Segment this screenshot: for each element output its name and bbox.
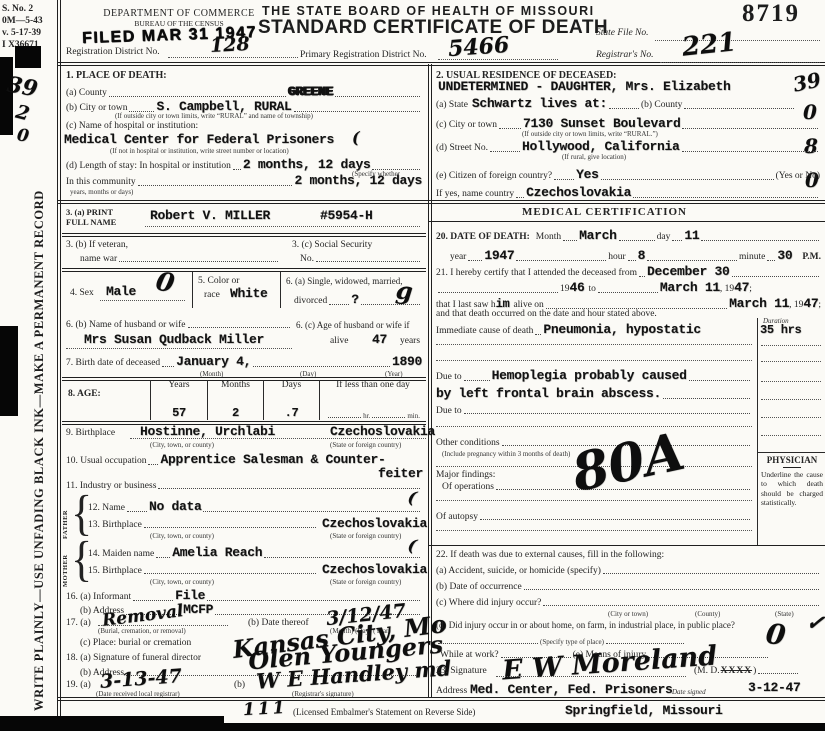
external-d-label: (d) Did injury occur in or about home, o…	[436, 620, 735, 630]
medical-rule	[428, 221, 825, 222]
race-label-2: race	[204, 290, 220, 300]
external-c-note1: (City or town)	[608, 610, 648, 618]
age-label: 8. AGE:	[68, 389, 101, 399]
embalmer-note: (Licensed Embalmer's Statement on Revers…	[293, 707, 475, 717]
attended-to-year: 47	[734, 280, 749, 295]
father-name-row: 12. Name No data	[88, 499, 422, 514]
section-rule	[428, 545, 825, 546]
year-prefix: 19	[560, 284, 570, 294]
residence-typed-line1: UNDETERMINED - DAUGHTER, Mrs. Elizabeth	[438, 79, 731, 94]
birthplace-line	[130, 438, 426, 439]
state-file-label: State File No.	[596, 28, 649, 38]
major-findings-label: Major findings:	[436, 470, 495, 480]
physician-signature-handwritten: E W Moreland	[501, 641, 718, 687]
footer-city: Springfield, Missouri	[565, 703, 723, 718]
informant-row: 16. (a) Informant File	[66, 588, 422, 603]
age-days-label: Days	[264, 380, 319, 390]
column-divider	[428, 64, 432, 698]
cause-value: Pneumonia, hypostatic	[543, 322, 701, 337]
father-group-label: FATHER	[62, 497, 69, 539]
work-label: While at work?	[440, 650, 499, 660]
cell-divider	[280, 272, 281, 308]
residence-typed-line2: Schwartz lives at:	[472, 96, 607, 111]
primary-district-line	[438, 59, 558, 60]
mother-brace: {	[71, 535, 92, 584]
birthplace-city: Hostinne, Urchlabi	[140, 424, 275, 439]
district-value: 128	[209, 33, 250, 57]
registrar-sig-note: (Registrar's signature)	[292, 690, 354, 698]
external-a-label: (a) Accident, suicide, or homicide (spec…	[436, 566, 601, 576]
death-certificate-scan: S. No. 2 0M—5-43 v. 5-17-39 I X36671 WRI…	[0, 0, 825, 731]
county-label2: (b) County	[641, 100, 682, 110]
certify-row1: 21. I hereby certify that I attended the…	[436, 264, 821, 279]
spouse-name-row: 6. (b) Name of husband or wife	[66, 320, 292, 330]
state-county-row: (a) State Schwartz lives at: (b) County	[436, 96, 796, 111]
country-label: If yes, name country	[436, 189, 514, 199]
street-value: Hollywood, California	[522, 139, 680, 154]
blank-line	[436, 360, 752, 361]
dod-minute-label: minute	[739, 252, 765, 262]
birthdate-year: 1890	[392, 354, 422, 369]
registrar-no-label: Registrar's No.	[596, 50, 653, 60]
scan-edge-bar	[0, 716, 224, 731]
citizen-row: (e) Citizen of foreign country? Yes (Yes…	[436, 167, 820, 182]
occupation-label: 10. Usual occupation	[66, 456, 146, 466]
county-label: (a) County	[66, 88, 107, 98]
dod-hour-value: 8	[638, 248, 646, 263]
prisoner-number: #5954-H	[320, 208, 373, 223]
occupation-row: 10. Usual occupation Apprentice Salesman…	[66, 452, 422, 467]
other-conditions-note: (Include pregnancy within 3 months of de…	[442, 450, 570, 458]
age-months-label: Months	[208, 380, 263, 390]
informant-address-value: MCFP	[183, 602, 213, 617]
certificate-title: STANDARD CERTIFICATE OF DEATH	[258, 17, 598, 39]
hospital-label: (c) Name of hospital or institution:	[66, 121, 198, 131]
age-years-value: 57	[151, 406, 207, 420]
age-days-cell: Days .7	[263, 380, 319, 420]
semicolon: ;	[749, 284, 752, 294]
physician-box: PHYSICIAN Underline the cause to which d…	[757, 452, 825, 545]
other-conditions-label: Other conditions	[436, 438, 500, 448]
spouse-age-value: 47	[372, 332, 387, 347]
county-value: GREENE	[288, 84, 333, 99]
external-heading: 22. If death was due to external causes,…	[436, 550, 664, 560]
to-label: to	[589, 284, 596, 294]
informant-label: 16. (a) Informant	[66, 592, 131, 602]
disposition-note: (Burial, cremation, or removal)	[98, 627, 186, 635]
spouse-name-value: Mrs Susan Qudback Miller	[84, 332, 264, 347]
margin-instruction-text: WRITE PLAINLY—USE UNFADING BLACK INK—MAK…	[32, 96, 47, 711]
spouse-name-label: 6. (b) Name of husband or wife	[66, 320, 186, 330]
veteran-row: name war	[80, 254, 280, 264]
residence-city-note: (If outside city or town limits, write “…	[522, 130, 658, 138]
md-suffix: (M. D. XXXX )	[694, 666, 800, 676]
dod-label: 20. DATE OF DEATH:	[436, 232, 530, 242]
dod-day-value: 11	[684, 228, 699, 243]
occupation-line1: Apprentice Salesman & Counter-	[160, 452, 385, 467]
form-number-block: S. No. 2 0M—5-43 v. 5-17-39 I X36671	[2, 3, 43, 51]
attended-to-date: March 11	[660, 280, 720, 295]
disposition-line	[98, 625, 228, 626]
section-rule	[62, 268, 426, 272]
father-bp-note1: (City, town, or county)	[150, 532, 214, 540]
margin-handwriting: 39	[791, 67, 823, 96]
citizen-label: (e) Citizen of foreign country?	[436, 171, 552, 181]
cause-label: Immediate cause of death	[436, 326, 533, 336]
veteran-label-1: 3. (b) If veteran,	[66, 240, 128, 250]
external-d-note: (Specify type of place)	[540, 638, 604, 646]
veteran-label-2: name war	[80, 254, 117, 264]
attended-from-date: December 30	[647, 264, 730, 279]
birthdate-label: 7. Birth date of deceased	[66, 358, 160, 368]
dod-month-value: March	[579, 228, 617, 243]
pen-mark: (	[352, 128, 360, 147]
sex-line	[100, 300, 185, 301]
external-c-row: (c) Where did injury occur?	[436, 598, 821, 608]
spouse-age-label-1: 6. (c) Age of husband or wife if	[296, 320, 409, 330]
redaction-bar	[0, 326, 18, 416]
residence-city-row: (c) City or town 7130 Sunset Boulevard	[436, 116, 820, 131]
age-months-value: 2	[208, 406, 263, 420]
race-value: White	[230, 286, 268, 301]
due-to-row2: by left frontal brain abscess.	[436, 386, 752, 401]
street-label: (d) Street No.	[436, 143, 488, 153]
marital-label-2: divorced	[294, 296, 327, 306]
stay-label: (d) Length of stay: In hospital or insti…	[66, 161, 231, 171]
footer-handwritten-111: 111	[243, 698, 288, 720]
mother-bp-value: Czechoslovakia	[322, 562, 427, 577]
external-c-label: (c) Where did injury occur?	[436, 598, 541, 608]
father-bp-label: 13. Birthplace	[88, 520, 142, 530]
community-note2: years, months or days)	[70, 188, 133, 196]
city-note: (If outside city or town limits, write “…	[115, 112, 313, 120]
place-heading: 1. PLACE OF DEATH:	[66, 70, 167, 81]
mother-bp-note2: (State or foreign country)	[330, 578, 401, 586]
disposition-place-label: (c) Place: burial or cremation	[80, 638, 191, 648]
autopsy-row: Of autopsy	[436, 512, 752, 522]
certify-row2: 19 46 to March 11 , 19 47 ;	[436, 280, 821, 295]
birthplace-label: 9. Birthplace	[66, 428, 115, 438]
country-row: If yes, name country Czechoslovakia	[436, 185, 820, 200]
scan-edge-bar	[224, 723, 825, 731]
md-label: (M. D.	[694, 666, 720, 676]
duration-blank-line	[761, 381, 821, 382]
district-label: Registration District No.	[66, 47, 160, 57]
residence-city-label: (c) City or town	[436, 120, 497, 130]
age-years-label: Years	[151, 380, 207, 390]
mother-name-label: 14. Maiden name	[88, 549, 154, 559]
race-label-1: 5. Color or	[198, 276, 239, 286]
form-left-border	[57, 0, 61, 718]
due-to-value1: Hemoplegia probably caused	[492, 368, 687, 383]
means-pen-mark: 0	[764, 617, 788, 652]
dod-row1: 20. DATE OF DEATH: Month March day 11	[436, 228, 821, 243]
father-bp-row: 13. Birthplace	[88, 520, 318, 530]
board-title: THE STATE BOARD OF HEALTH OF MISSOURI	[262, 4, 592, 18]
stated-above-line: and that death occurred on the date and …	[436, 309, 657, 319]
redaction-square	[15, 46, 41, 68]
age-label-cell: 8. AGE:	[62, 380, 150, 420]
ssn-label-1: 3. (c) Social Security	[292, 240, 372, 250]
marital-label-1: 6. (a) Single, widowed, married,	[286, 276, 402, 286]
age-days-value: .7	[264, 406, 319, 420]
dod-day-label: day	[657, 232, 671, 242]
received-date-handwritten: 3-13-47	[99, 665, 182, 693]
due-to-label: Due to	[436, 372, 462, 382]
last-saw-year: 47	[803, 296, 818, 311]
country-value: Czechoslovakia	[526, 185, 631, 200]
dod-month-label: Month	[536, 232, 561, 242]
mother-name-value: Amelia Reach	[172, 545, 262, 560]
medical-heading: MEDICAL CERTIFICATION	[432, 206, 777, 218]
residence-city-value: 7130 Sunset Boulevard	[523, 116, 681, 131]
blank-line	[436, 426, 752, 427]
spouse-age-unit: years	[400, 336, 420, 346]
duration-column-rule	[757, 318, 758, 452]
occupation-line2: feiter	[378, 466, 423, 481]
operations-label: Of operations	[442, 482, 494, 492]
margin-handwriting: 0	[16, 125, 31, 146]
blank-line	[436, 530, 752, 531]
physician-address-label: Address	[436, 686, 467, 696]
community-note1: (Specify whether	[352, 170, 400, 178]
year-prefix: , 19	[720, 284, 734, 294]
sex-label: 4. Sex	[70, 288, 94, 298]
date-signed-label: Date signed	[672, 688, 706, 696]
year-prefix: , 19	[789, 300, 803, 310]
md-close: )	[753, 666, 756, 676]
form-number-line: S. No. 2	[2, 3, 43, 15]
registrar-no-line	[660, 62, 820, 63]
citizen-note: (Yes or No)	[776, 171, 820, 181]
age-less-cell: If less than one day hr. min.	[319, 380, 426, 420]
department-line: DEPARTMENT OF COMMERCE	[88, 8, 270, 19]
due-to-row1: Due to Hemoplegia probably caused	[436, 368, 752, 383]
physician-title-rule	[783, 467, 801, 468]
margin-handwriting: 2	[14, 101, 32, 126]
md-struck: XXXX	[721, 666, 752, 676]
citizen-value: Yes	[576, 167, 599, 182]
birthdate-row: 7. Birth date of deceased January 4, 189…	[66, 354, 422, 369]
director-label: 18. (a) Signature of funeral director	[66, 653, 201, 663]
full-name-value: Robert V. MILLER	[150, 208, 270, 223]
age-months-cell: Months 2	[207, 380, 263, 420]
dod-year-value: 1947	[484, 248, 514, 263]
marital-pen-mark: g	[395, 275, 415, 306]
cause-row: Immediate cause of death Pneumonia, hypo…	[436, 322, 752, 337]
external-a-row: (a) Accident, suicide, or homicide (spec…	[436, 566, 821, 576]
duration-blank-line	[761, 399, 821, 400]
registrar-no-value: 221	[681, 27, 738, 63]
duration-value: 35 hrs	[760, 323, 801, 337]
street-row: (d) Street No. Hollywood, California	[436, 139, 820, 154]
date-signed-value: 3-12-47	[748, 680, 801, 695]
mother-bp-label: 15. Birthplace	[88, 566, 142, 576]
duration-blank-line	[761, 361, 821, 362]
last-saw-date: March 11	[729, 296, 789, 311]
name-label-2: FULL NAME	[66, 217, 116, 227]
external-c-note3: (State)	[775, 610, 794, 618]
state-file-line	[655, 40, 820, 41]
state-label: (a) State	[436, 100, 468, 110]
certify-line1: 21. I hereby certify that I attended the…	[436, 268, 637, 278]
spouse-name-line	[66, 348, 292, 349]
marital-value: ?	[351, 292, 359, 307]
ssn-label-2: No.	[300, 254, 314, 264]
spouse-alive-label: alive	[330, 336, 348, 346]
street-note: (If rural, give location)	[562, 153, 626, 161]
section-rule	[62, 233, 426, 237]
margin-handwriting: 39	[5, 72, 40, 103]
ssn-row: No.	[300, 254, 422, 264]
autopsy-label: Of autopsy	[436, 512, 478, 522]
duration-blank-line	[761, 417, 821, 418]
dod-minute-value: 30	[777, 248, 792, 263]
attended-from-year: 46	[570, 280, 585, 295]
form-number-line: 0M—5-43	[2, 15, 43, 27]
father-bp-value: Czechoslovakia	[322, 516, 427, 531]
section-rule	[57, 200, 825, 204]
mother-bp-row: 15. Birthplace	[88, 566, 318, 576]
hospital-note: (If not in hospital or institution, writ…	[110, 147, 289, 155]
due-to-label2: Due to	[436, 406, 462, 416]
form-number-line: v. 5-17-39	[2, 27, 43, 39]
blank-line	[436, 344, 752, 345]
birthplace-note1: (City, town, or county)	[150, 441, 214, 449]
community-label: In this community	[66, 177, 136, 187]
county-row: (a) County GREENE	[66, 84, 422, 99]
duration-blank-line	[761, 345, 821, 346]
industry-row: 11. Industry or business	[66, 481, 422, 491]
certificate-number: 8719	[742, 0, 800, 28]
physician-note: Underline the cause to which death shoul…	[761, 470, 823, 508]
semicolon: ;	[818, 300, 821, 310]
mother-bp-note1: (City, town, or county)	[150, 578, 214, 586]
name-line	[145, 226, 420, 227]
physician-sig-label: 23. Signature	[436, 666, 487, 676]
age-hr-label: hr.	[363, 412, 370, 420]
sex-value: Male	[106, 284, 136, 299]
external-c-note2: (County)	[695, 610, 720, 618]
mother-group-label: MOTHER	[62, 543, 69, 587]
age-less-label: If less than one day	[320, 380, 426, 390]
birthdate-monthday: January 4,	[176, 354, 251, 369]
disposition-label: 17. (a)	[66, 618, 91, 628]
district-line	[168, 57, 298, 58]
due-to-value2: by left frontal brain abscess.	[436, 386, 661, 401]
means-pen-check: ✓	[805, 609, 825, 637]
duration-blank-line	[761, 435, 821, 436]
primary-district-label: Primary Registration District No.	[300, 50, 427, 60]
registrar-sig-label: (b)	[234, 680, 245, 690]
age-years-cell: Years 57	[150, 380, 207, 420]
dod-row2: year 1947 hour 8 minute 30 P.M.	[450, 248, 821, 263]
father-name-value: No data	[149, 499, 202, 514]
dod-ampm: P.M.	[802, 252, 821, 262]
received-note: (Date received local registrar)	[96, 690, 180, 698]
age-min-label: min.	[407, 412, 420, 420]
physician-sig-line	[496, 676, 686, 677]
birthplace-country: Czechoslovakia	[330, 424, 435, 439]
birthplace-note2: (State or foreign country)	[330, 441, 401, 449]
age-box: 8. AGE: Years 57 Months 2 Days .7 If les…	[62, 380, 426, 420]
dod-year-label: year	[450, 252, 466, 262]
physician-title: PHYSICIAN	[761, 455, 823, 465]
dod-hour-label: hour	[608, 252, 625, 262]
father-name-label: 12. Name	[88, 503, 125, 513]
father-bp-note2: (State or foreign country)	[330, 532, 401, 540]
physician-address-value: Med. Center, Fed. Prisoners	[470, 682, 673, 697]
external-b-row: (b) Date of occurrence	[436, 582, 821, 592]
mother-name-row: 14. Maiden name Amelia Reach	[88, 545, 422, 560]
name-label-1: 3. (a) PRINT	[66, 207, 113, 217]
received-label: 19. (a)	[66, 680, 91, 690]
external-b-label: (b) Date of occurrence	[436, 582, 522, 592]
due-to-row3: Due to	[436, 406, 752, 416]
primary-district-value: 5466	[447, 32, 510, 62]
hospital-value: Medical Center for Federal Prisoners	[64, 132, 334, 147]
cell-divider	[192, 272, 193, 308]
